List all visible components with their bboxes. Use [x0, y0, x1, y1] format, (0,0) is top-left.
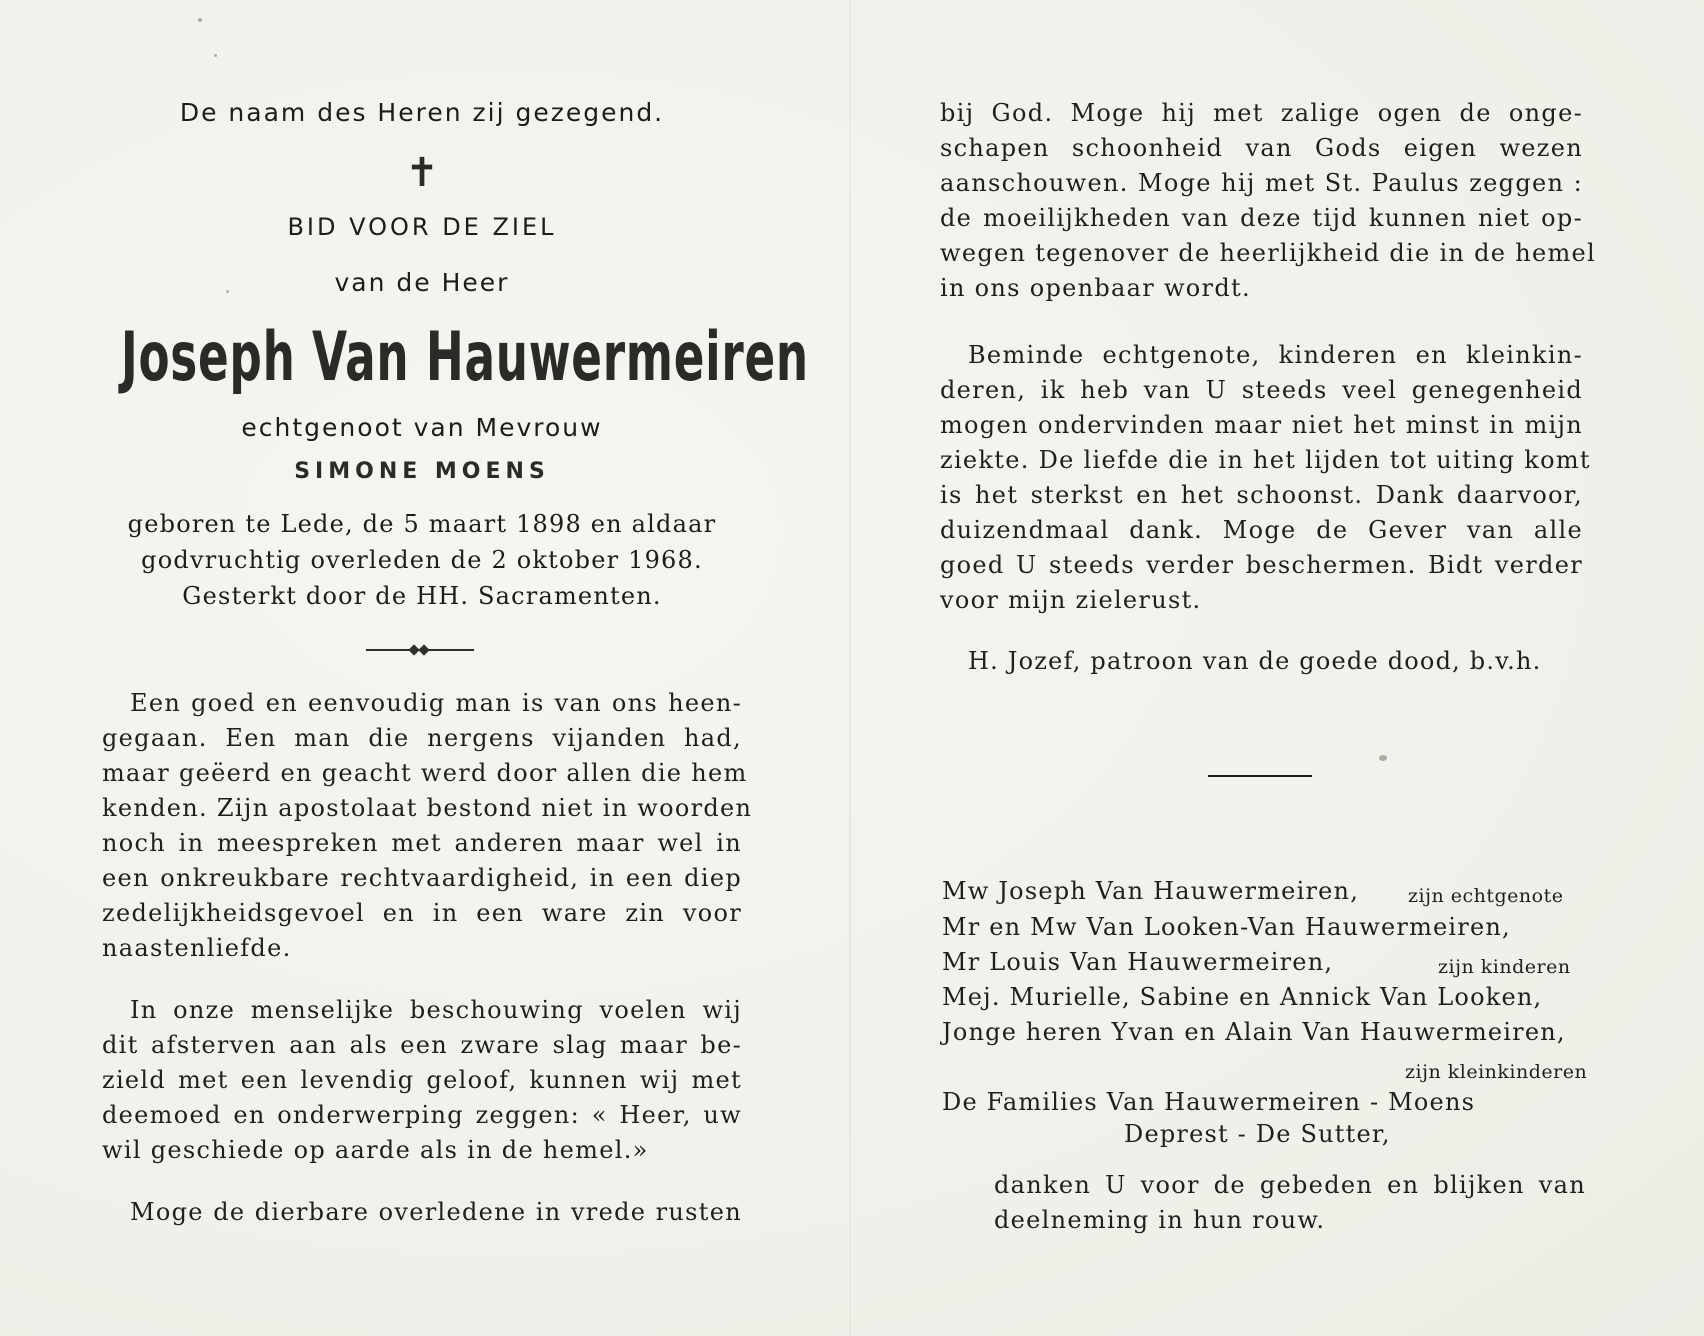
- text-line: deren, ik heb van U steeds veel genegenh…: [940, 373, 1583, 408]
- patron-invocation: H. Jozef, patroon van de goede dood, b.v…: [968, 647, 1541, 675]
- thanks-paragraph: danken U voor de gebeden en blijken van …: [994, 1168, 1586, 1238]
- text-line: deelneming in hun rouw.: [994, 1203, 1586, 1238]
- family-grandchildren-2: Jonge heren Yvan en Alain Van Hauwermeir…: [942, 1018, 1566, 1046]
- text-line: ziekte. De liefde die in het lijden tot …: [940, 443, 1583, 478]
- families-line-1: De Families Van Hauwermeiren - Moens: [942, 1088, 1475, 1116]
- text-line: danken U voor de gebeden en blijken van: [994, 1168, 1586, 1203]
- invocation-text: De naam des Heren zij gezegend.: [0, 98, 844, 127]
- text-line: zedelijkheidsgevoel en in een ware zin v…: [102, 896, 742, 931]
- death-line: godvruchtig overleden de 2 oktober 1968.: [0, 546, 844, 574]
- family-grandchildren-1-names: Mej. Murielle, Sabine en Annick Van Look…: [942, 983, 1542, 1011]
- text-line: Moge de dierbare overledene in vrede rus…: [102, 1195, 742, 1230]
- text-line: dit afsterven aan als een zware slag maa…: [102, 1028, 742, 1063]
- text-line: aanschouwen. Moge hij met St. Paulus zeg…: [940, 166, 1583, 201]
- ornament-divider-icon: [366, 646, 474, 654]
- paragraph-faith: In onze menselijke beschouwing voelen wi…: [102, 993, 742, 1168]
- text-line: mogen ondervinden maar niet het minst in…: [940, 408, 1583, 443]
- deceased-name: Joseph Van Hauwermeiren: [121, 318, 809, 397]
- text-line: gegaan. Een man die nergens vijanden had…: [102, 721, 742, 756]
- text-line: goed U steeds verder beschermen. Bidt ve…: [940, 548, 1583, 583]
- families-line-1-text: De Families Van Hauwermeiren - Moens: [942, 1088, 1475, 1116]
- text-line: zield met een levendig geloof, kunnen wi…: [102, 1063, 742, 1098]
- text-line: In onze menselijke beschouwing voelen wi…: [102, 993, 742, 1028]
- paragraph-tribute: Een goed en eenvoudig man is van ons hee…: [102, 686, 742, 966]
- family-child-1: Mr en Mw Van Looken-Van Hauwermeiren,: [942, 913, 1511, 941]
- paper-speck: [214, 54, 217, 57]
- relation-children-label: zijn kinderen: [1438, 956, 1571, 978]
- text-line: schapen schoonheid van Gods eigen wezen: [940, 131, 1583, 166]
- family-child-2: Mr Louis Van Hauwermeiren,: [942, 948, 1333, 976]
- birth-line: geboren te Lede, de 5 maart 1898 en alda…: [0, 510, 844, 538]
- text-line: maar geëerd en geacht werd door allen di…: [102, 756, 742, 791]
- relation-grandchildren-label: zijn kleinkinderen: [1405, 1061, 1587, 1083]
- text-line: is het sterkst en het schoonst. Dank daa…: [940, 478, 1583, 513]
- center-fold: [849, 0, 851, 1336]
- sacraments-line: Gesterkt door de HH. Sacramenten.: [0, 582, 844, 610]
- relation-spouse-label: zijn echtgenote: [1408, 885, 1563, 907]
- text-line: voor mijn zielerust.: [940, 583, 1583, 618]
- relation-children: zijn kinderen: [1438, 951, 1571, 979]
- prayer-heading: BID VOOR DE ZIEL: [0, 213, 844, 241]
- family-spouse: Mw Joseph Van Hauwermeiren,: [942, 877, 1359, 905]
- text-line: noch in meespreken met anderen maar wel …: [102, 826, 742, 861]
- family-grandchildren-1: Mej. Murielle, Sabine en Annick Van Look…: [942, 983, 1542, 1011]
- text-line: Beminde echtgenote, kinderen en kleinkin…: [940, 338, 1583, 373]
- memorial-card: De naam des Heren zij gezegend. ✝ BID VO…: [0, 0, 1704, 1336]
- text-line: deemoed en onderwerping zeggen: « Heer, …: [102, 1098, 742, 1133]
- title-prefix: van de Heer: [0, 268, 844, 297]
- spouse-intro: echtgenoot van Mevrouw: [0, 413, 844, 442]
- family-child-2-name: Mr Louis Van Hauwermeiren,: [942, 948, 1333, 976]
- text-line: naastenliefde.: [102, 931, 742, 966]
- families-line-2-text: Deprest - De Sutter,: [1124, 1120, 1391, 1148]
- text-line: bij God. Moge hij met zalige ogen de ong…: [940, 96, 1583, 131]
- text-line: de moeilijkheden van deze tijd kunnen ni…: [940, 201, 1583, 236]
- family-spouse-name: Mw Joseph Van Hauwermeiren,: [942, 877, 1359, 905]
- relation-grandchildren: zijn kleinkinderen: [1405, 1056, 1587, 1084]
- relation-spouse: zijn echtgenote: [1408, 880, 1563, 908]
- text-line: een onkreukbare rechtvaardigheid, in een…: [102, 861, 742, 896]
- family-child-1-name: Mr en Mw Van Looken-Van Hauwermeiren,: [942, 913, 1511, 941]
- text-line: wegen tegenover de heerlijkheid die in d…: [940, 236, 1583, 271]
- paragraph-rest: Moge de dierbare overledene in vrede rus…: [102, 1195, 742, 1230]
- families-line-2: Deprest - De Sutter,: [1124, 1120, 1391, 1148]
- text-line: in ons openbaar wordt.: [940, 271, 1583, 306]
- text-line: kenden. Zijn apostolaat bestond niet in …: [102, 791, 742, 826]
- cross-icon: ✝: [0, 150, 844, 196]
- deceased-name-wrap: Joseph Van Hauwermeiren: [0, 318, 844, 397]
- text-line: duizendmaal dank. Moge de Gever van alle: [940, 513, 1583, 548]
- paragraph-farewell: Beminde echtgenote, kinderen en kleinkin…: [940, 338, 1583, 618]
- section-divider: [1208, 775, 1312, 777]
- paper-speck: [198, 18, 202, 22]
- text-line: wil geschiede op aarde als in de hemel.»: [102, 1133, 742, 1168]
- paragraph-vision: bij God. Moge hij met zalige ogen de ong…: [940, 96, 1583, 306]
- paper-speck: [1379, 755, 1387, 761]
- spouse-name: SIMONE MOENS: [0, 459, 844, 484]
- family-grandchildren-2-names: Jonge heren Yvan en Alain Van Hauwermeir…: [942, 1018, 1566, 1046]
- text-line: Een goed en eenvoudig man is van ons hee…: [102, 686, 742, 721]
